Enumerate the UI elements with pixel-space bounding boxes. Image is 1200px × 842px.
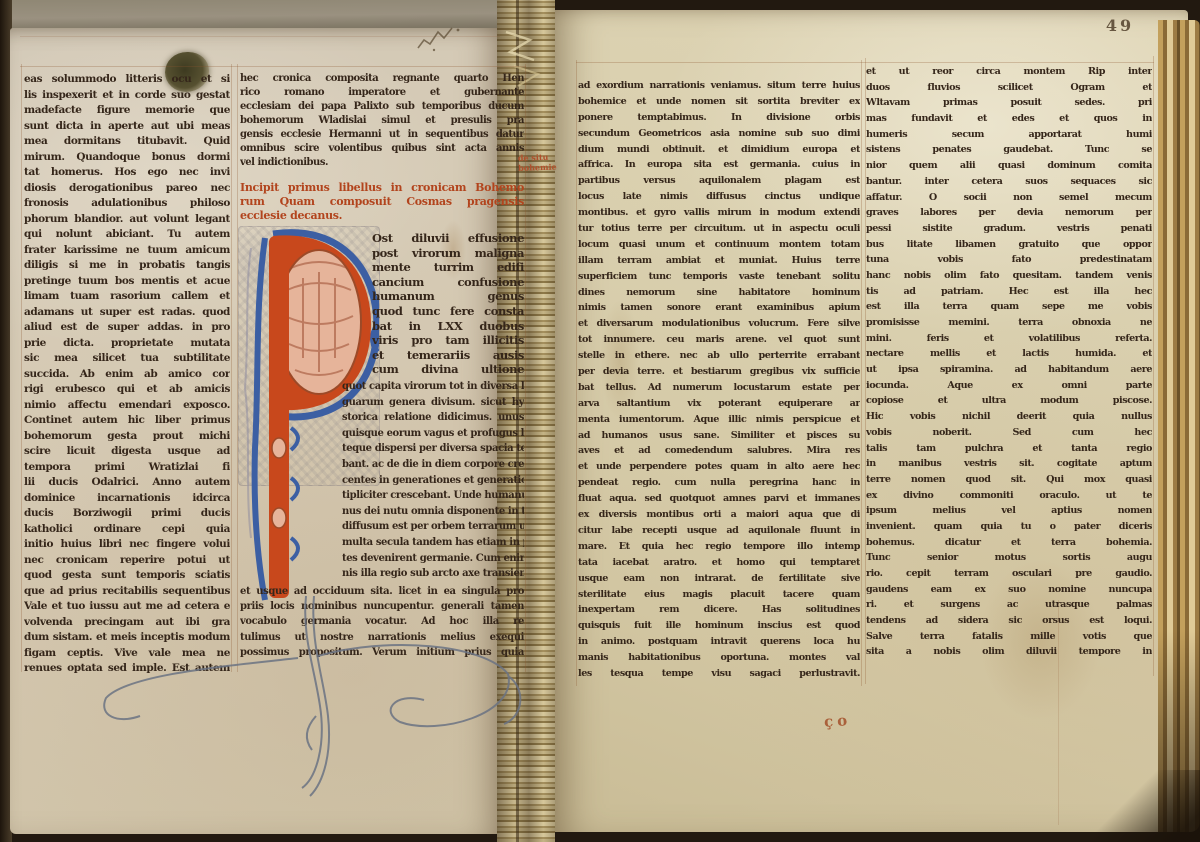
- text-line: omnibus scire volentibus quibus sint act…: [240, 142, 524, 156]
- text-line: bohemice et unde nomen sit sortita brevi…: [578, 94, 860, 110]
- text-line: prie dicta. proprietate mutata: [24, 336, 230, 352]
- ruling-line: [861, 60, 862, 686]
- text-line: superficiem tunc temporis vaste tenebant…: [578, 269, 860, 285]
- text-line: tot innumere. ceu maris arene. vel quot …: [578, 332, 860, 348]
- text-line: arva saltantium vix poterant equiperare …: [578, 396, 860, 412]
- text-line: affrica. In europa sita est germania. cu…: [578, 157, 860, 173]
- text-line: nus dei nutu omnia disponente in tantum: [342, 504, 524, 520]
- text-line: les tesqua tempe visu sagaci perlustravi…: [578, 666, 860, 682]
- text-line: cum divina ultione: [372, 362, 524, 377]
- text-line: et ut reor circa montem Rip inter: [866, 64, 1152, 80]
- text-line: stelle in ethere. nec ab ullo perterrite…: [578, 348, 860, 364]
- text-line: initio huius libri nec fingere volui: [24, 537, 230, 553]
- text-line: quot capita virorum tot in diversa lin: [342, 379, 524, 395]
- left-column-2-beside-initial: Ost diluvii effusionepost virorum malign…: [372, 231, 524, 377]
- text-line: storica relatione didicimus. unus: [342, 410, 524, 426]
- text-line: per devia terre. et bestiarum gregibus v…: [578, 364, 860, 380]
- margin-note-line: bohemie: [518, 161, 570, 173]
- text-line: ex divino commoniti oraculo. ut te: [866, 488, 1152, 504]
- text-line: bohemorum Wladislai simul et presulis pr…: [240, 114, 524, 128]
- text-line: Incipit primus libellus in cronicam Bohe…: [240, 181, 524, 195]
- text-line: lis inspexerit et in corde suo gestat: [24, 88, 230, 104]
- text-line: locus late nimis diffusus cinctus undiqu…: [578, 189, 860, 205]
- text-line: bohemorum gesta prout michi: [24, 429, 230, 445]
- text-line: bus litate libamen gratuito que oppor: [866, 237, 1152, 253]
- text-line: mente turrim edifi: [372, 260, 524, 275]
- left-column-2-intro: hec cronica composita regnante quarto He…: [240, 72, 524, 170]
- text-line: mea dormitans titubavit. Quid: [24, 134, 230, 150]
- text-line: bat in LXX duobus: [372, 319, 524, 334]
- text-line: iocunda. Aque ex omni parte: [866, 378, 1152, 394]
- text-line: ad humanos usus sane. Similiter et pisce…: [578, 428, 860, 444]
- text-line: affatur. O socii non semel mecum: [866, 190, 1152, 206]
- text-line: talis tam pulchra et tanta regio: [866, 441, 1152, 457]
- text-line: Salve terra fatalis mille votis que: [866, 629, 1152, 645]
- text-line: Continet autem hic liber primus: [24, 413, 230, 429]
- text-line: sterilitate eius magis placuit tacere qu…: [578, 587, 860, 603]
- text-line: graves labores per devia nemorum per: [866, 205, 1152, 221]
- text-line: limam tuam rasorium callem et: [24, 289, 230, 305]
- text-line: nec cronicam reperire potui ut: [24, 553, 230, 569]
- text-line: locum quasi unum et continuum montem tot…: [578, 237, 860, 253]
- text-line: Wltavam primas posuit sedes. pri: [866, 95, 1152, 111]
- text-line: terre nomen quod sit. Qui mox quasi: [866, 472, 1152, 488]
- text-line: nimis tamen sonore erant examinibus apiu…: [578, 300, 860, 316]
- text-line: quod tunc fere consta: [372, 304, 524, 319]
- text-line: katholici ordinare cepi quia: [24, 522, 230, 538]
- ruling-line: [576, 60, 577, 686]
- ruling-line: [21, 64, 22, 672]
- text-line: mirum. Quandoque bonus dormi: [24, 150, 230, 166]
- text-line: ri. et surgens ac utrasque palmas: [866, 597, 1152, 613]
- text-line: promisisse memini. terra obnoxia ne: [866, 315, 1152, 331]
- text-line: menta iumentorum. Aque illic nimis persp…: [578, 412, 860, 428]
- text-line: viris pro tam illicitis: [372, 333, 524, 348]
- left-column-1: eas solummodo litteris ocu et silis insp…: [24, 72, 230, 677]
- text-line: vel indictionibus.: [240, 156, 524, 170]
- text-line: dines nemorum sine habitatore hominum: [578, 285, 860, 301]
- text-line: nimio affectu emendari exposco.: [24, 398, 230, 414]
- text-line: tendens ad sidera sic orsus est loqui.: [866, 613, 1152, 629]
- text-line: hanc nobis olim fato quesitam. tandem ve…: [866, 268, 1152, 284]
- text-line: ut ipsa spiramina. ad habitandum aere: [866, 362, 1152, 378]
- text-line: tipliciter crescebant. Unde humanum ge: [342, 488, 524, 504]
- text-line: gaudens eam ex suo nomine nuncupa: [866, 582, 1152, 598]
- text-line: post virorum maligna: [372, 246, 524, 261]
- text-line: inexpertam rem dicere. Has solitudines: [578, 602, 860, 618]
- text-line: rio. cepit terram osculari pre gaudio.: [866, 566, 1152, 582]
- text-line: rigi erubesco qui et ab amicis: [24, 382, 230, 398]
- rubric-incipit: Incipit primus libellus in cronicam Bohe…: [240, 181, 524, 223]
- right-column-1: ad exordium narrationis veniamus. situm …: [578, 78, 860, 682]
- text-line: tur totius terre per circuitum. ut in as…: [578, 221, 860, 237]
- text-line: humanum genus: [372, 289, 524, 304]
- text-line: eas solummodo litteris ocu et si: [24, 72, 230, 88]
- text-line: scire licuit digesta usque ad: [24, 444, 230, 460]
- text-line: pretinge tuum bos mentis et acue: [24, 274, 230, 290]
- text-line: diffusum est per orbem terrarum ut post: [342, 519, 524, 535]
- text-line: et temerariis ausis: [372, 348, 524, 363]
- ruling-line: [231, 64, 232, 672]
- text-line: sunt dicta in aperte aut ubi meas: [24, 119, 230, 135]
- text-line: qui nolunt abiciant. Tu autem: [24, 227, 230, 243]
- text-line: manis habitationibus oportuna. montes va…: [578, 650, 860, 666]
- text-line: aliud est de super addas. in pro: [24, 320, 230, 336]
- text-line: pessi sistite gradum. vestris penati: [866, 221, 1152, 237]
- text-line: illam terram ambiat et muniat. Huius ter…: [578, 253, 860, 269]
- text-line: fluat aqua. sed quotquot amnes parvi et …: [578, 491, 860, 507]
- text-line: quisque eorum vagus et profugus longe la: [342, 426, 524, 442]
- ruling-line: [1153, 56, 1154, 676]
- text-line: tempora primi Wratizlai fi: [24, 460, 230, 476]
- text-line: bant. ac de die in diem corpore cres: [342, 457, 524, 473]
- text-line: et unde perpendere potes quam in alto ae…: [578, 459, 860, 475]
- text-line: guarum genera divisum. sicut hy: [342, 395, 524, 411]
- text-line: sistens penates gaudebat. Tunc se: [866, 142, 1152, 158]
- marginal-scribble: [408, 22, 478, 56]
- text-line: dominice incarnationis idcirca: [24, 491, 230, 507]
- text-line: tat homerus. Hos ego nec invi: [24, 165, 230, 181]
- text-line: mas fundavit et edes et quos in: [866, 111, 1152, 127]
- text-line: tuna vobis fato predestinatam: [866, 252, 1152, 268]
- text-line: rum Quam composuit Cosmas pragensis: [240, 195, 524, 209]
- text-line: citur labe recepti usque ad aquilonale f…: [578, 523, 860, 539]
- text-line: humeris secum apportarat humi: [866, 127, 1152, 143]
- text-line: madefacte figure memorie que: [24, 103, 230, 119]
- text-line: tis ad patriam. Hec est illa hec: [866, 284, 1152, 300]
- text-line: aves et ad comedendum salubres. Mira res: [578, 443, 860, 459]
- text-line: nis illa regio sub arcto axe transiens: [342, 566, 524, 582]
- text-line: multa secula tandem has etiam in par: [342, 535, 524, 551]
- text-line: invenient. quam quia tu o pater diceris: [866, 519, 1152, 535]
- text-line: montibus. et gyro vallis mirum in modum …: [578, 205, 860, 221]
- page-edges-stack: [1158, 20, 1200, 832]
- quire-mark: ço: [823, 711, 851, 731]
- text-line: centes in generationes et generationes m…: [342, 473, 524, 489]
- text-line: Tunc senior motus sortis augu: [866, 550, 1152, 566]
- text-line: sita a nobis olim diluvii tempore in: [866, 644, 1152, 660]
- text-line: vobis noberit. Sed cum hec: [866, 425, 1152, 441]
- text-line: ex diversis montibus orti a maiori aqua …: [578, 507, 860, 523]
- text-line: ecclesiam dei papa Palixto sub temporibu…: [240, 100, 524, 114]
- text-line: est illa terra quam sepe me vobis: [866, 299, 1152, 315]
- text-line: bohemus. dicatur et terra bohemia.: [866, 535, 1152, 551]
- text-line: adamans ut super est radas. quod: [24, 305, 230, 321]
- text-line: duos fluvios scilicet Ogram et: [866, 80, 1152, 96]
- text-line: mini. feris et volatilibus referta.: [866, 331, 1152, 347]
- margin-note-de-situ-bohemie: de situ bohemie: [518, 151, 571, 173]
- text-line: bantur. inter cetera suos sequaces sic: [866, 174, 1152, 190]
- text-line: lii ducis Odalrici. Anno autem: [24, 475, 230, 491]
- text-line: tata iacebat aratro. et homo qui temptar…: [578, 555, 860, 571]
- text-line: mare. Et quia hec regio tempore illo int…: [578, 539, 860, 555]
- manuscript-photo: { "page": { "folio_number": "49", "quire…: [0, 0, 1200, 842]
- text-line: in manibus vestris sit. cogitate aptum: [866, 456, 1152, 472]
- text-line: ipsum melius vel aptius nomen: [866, 503, 1152, 519]
- text-line: quisquis fuit ille hominum inscius est q…: [578, 618, 860, 634]
- text-line: partibus versus aquilonalem plagam est: [578, 173, 860, 189]
- text-line: diligis si me in probatis tangis: [24, 258, 230, 274]
- text-line: Ost diluvii effusione: [372, 231, 524, 246]
- text-line: nior quem alii quasi dominum comita: [866, 158, 1152, 174]
- text-line: Hic vobis nichil deerit quia nullus: [866, 409, 1152, 425]
- text-line: diosis derogationibus pareo nec: [24, 181, 230, 197]
- text-line: teque dispersi per diversa spacia terrar…: [342, 441, 524, 457]
- text-line: secundum Geometricos asia nomine sub suo…: [578, 126, 860, 142]
- text-line: pendeat regio. cum nulla peregrina hanc …: [578, 475, 860, 491]
- text-line: fronosis adulationibus philoso: [24, 196, 230, 212]
- text-line: nectare mellis et lactis humida. et: [866, 346, 1152, 362]
- text-line: ad exordium narrationis veniamus. situm …: [578, 78, 860, 94]
- text-line: cancium confusione: [372, 275, 524, 290]
- text-line: phorum blandior. aut volunt legant: [24, 212, 230, 228]
- text-line: et diversarum modulationibus volucrum. F…: [578, 316, 860, 332]
- text-line: ecclesie decanus.: [240, 209, 524, 223]
- text-line: succida. Ab enim ab amico cor: [24, 367, 230, 383]
- folio-number: 49: [1090, 16, 1150, 35]
- text-line: tes devenirent germanie. Cum enim om: [342, 551, 524, 567]
- text-line: hec cronica composita regnante quarto He…: [240, 72, 524, 86]
- text-line: dium mundi obtinuit. et dimidium europa …: [578, 142, 860, 158]
- text-line: ducis Borziwogii primi ducis: [24, 506, 230, 522]
- left-column-2-beside-stem: quot capita virorum tot in diversa lingu…: [342, 379, 524, 582]
- text-line: rico romano imperatore et gubernante: [240, 86, 524, 100]
- text-line: gensis ecclesie Hermanni ut in sequentib…: [240, 128, 524, 142]
- text-line: in animo. postquam intravit querens loca…: [578, 634, 860, 650]
- pen-flourish: [88, 596, 528, 806]
- photo-dark-edge-bottom-right: [1080, 770, 1200, 842]
- text-line: ponere temptabimus. In divisione orbis: [578, 110, 860, 126]
- text-line: bat tellus. Ad numerum locustarum estate…: [578, 380, 860, 396]
- text-line: copiose et ultra modum piscose.: [866, 393, 1152, 409]
- text-line: usque eam non intrarat. de fertilitate s…: [578, 571, 860, 587]
- text-line: frater karissime ne tuum amicum: [24, 243, 230, 259]
- ruling-line: [576, 62, 1154, 63]
- right-column-2: et ut reor circa montem Rip interduos fl…: [866, 64, 1152, 660]
- text-line: quod gesta sunt temporis sciatis: [24, 568, 230, 584]
- ruling-line: [20, 66, 526, 67]
- text-line: sic mea silicet tua subtilitate: [24, 351, 230, 367]
